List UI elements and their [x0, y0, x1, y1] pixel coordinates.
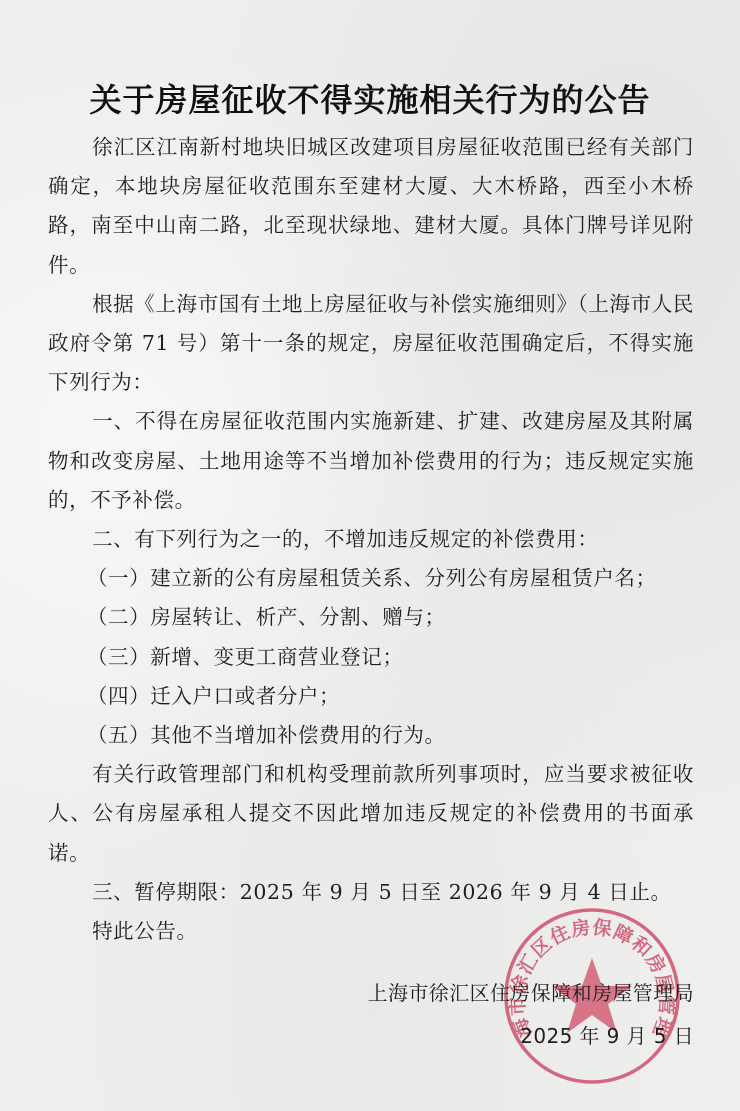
notice-title: 关于房屋征收不得实施相关行为的公告 — [0, 75, 740, 121]
sub-item-3: （三）新增、变更工商营业登记； — [48, 638, 694, 677]
paragraph-commitment: 有关行政管理部门和机构受理前款所列事项时，应当要求被征收人、公有房屋承租人提交不… — [48, 755, 694, 873]
notice-body: 徐汇区江南新村地块旧城区改建项目房屋征收范围已经有关部门确定，本地块房屋征收范围… — [48, 128, 694, 951]
sub-item-4: （四）迁入户口或者分户； — [48, 677, 694, 716]
paragraph-legal-basis: 根据《上海市国有土地上房屋征收与补偿实施细则》（上海市人民政府令第 71 号）第… — [48, 285, 694, 403]
signature-block: 上海市徐汇区住房保障和房屋管理局 2025 年 9 月 5 日 — [368, 972, 694, 1058]
paragraph-rule-one: 一、不得在房屋征收范围内实施新建、扩建、改建房屋及其附属物和改变房屋、土地用途等… — [48, 402, 694, 520]
sub-item-1: （一）建立新的公有房屋租赁关系、分列公有房屋租赁户名； — [48, 559, 694, 598]
sub-item-2: （二）房屋转让、析产、分割、赠与； — [48, 598, 694, 637]
issue-date: 2025 年 9 月 5 日 — [368, 1015, 694, 1058]
paragraph-scope: 徐汇区江南新村地块旧城区改建项目房屋征收范围已经有关部门确定，本地块房屋征收范围… — [48, 128, 694, 285]
sub-item-5: （五）其他不当增加补偿费用的行为。 — [48, 716, 694, 755]
paragraph-rule-two: 二、有下列行为之一的，不增加违反规定的补偿费用： — [48, 520, 694, 559]
issuer-name: 上海市徐汇区住房保障和房屋管理局 — [368, 972, 694, 1015]
